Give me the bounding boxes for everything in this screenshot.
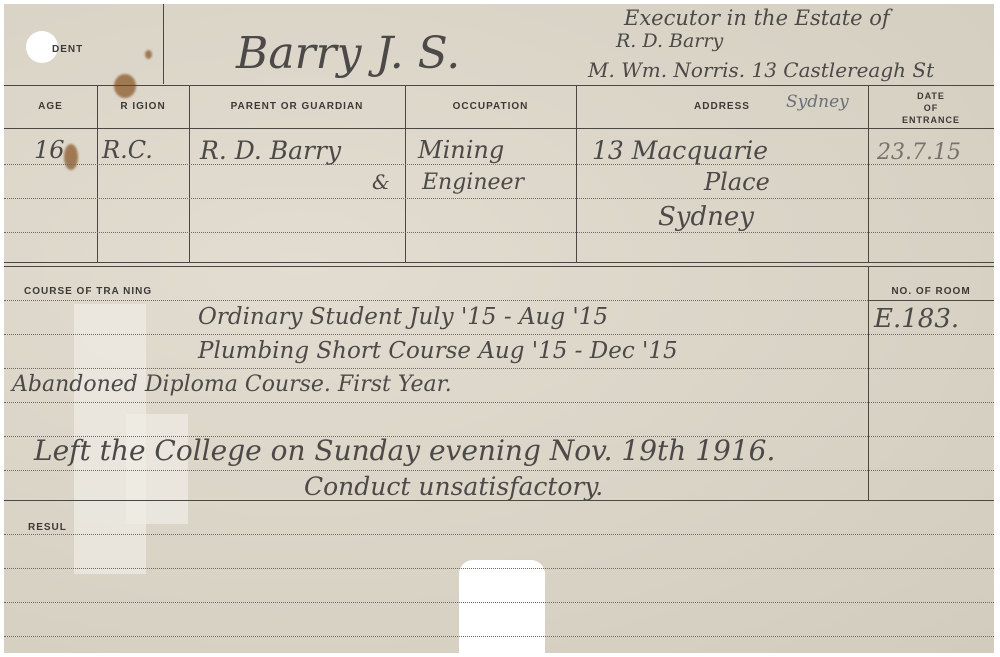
- column-date-of-entrance: Date of Entrance: [868, 90, 994, 126]
- course-of-training-label: COURSE OF TRA NING: [24, 286, 224, 298]
- student-record-card: DENT Barry J. S. Executor in the Estate …: [4, 4, 994, 653]
- course-line-2: Plumbing Short Course Aug '15 - Dec '15: [198, 338, 678, 364]
- annotation-sydney: Sydney: [786, 92, 849, 112]
- course-line-3: Abandoned Diploma Course. First Year.: [12, 372, 452, 397]
- student-name: Barry J. S.: [236, 28, 460, 79]
- column-religion: R IGION: [97, 101, 189, 113]
- record-occupation-1: Mining: [418, 136, 504, 164]
- results-label: RESUL: [28, 522, 108, 534]
- student-label: DENT: [52, 44, 112, 56]
- conduct-note: Conduct unsatisfactory.: [304, 472, 603, 501]
- annotation-rd-barry: R. D. Barry: [616, 30, 723, 52]
- departure-note: Left the College on Sunday evening Nov. …: [34, 434, 775, 467]
- annotation-norris-address: M. Wm. Norris. 13 Castlereagh St: [588, 58, 934, 82]
- rust-stain: [114, 74, 136, 98]
- record-address-3: Sydney: [658, 202, 754, 232]
- record-parent: R. D. Barry: [200, 136, 341, 165]
- room-number: E.183.: [874, 304, 959, 334]
- rust-stain: [145, 50, 152, 59]
- course-line-1: Ordinary Student July '15 - Aug '15: [198, 304, 608, 330]
- record-age: 16: [34, 136, 65, 164]
- record-religion: R.C.: [102, 136, 153, 164]
- room-number-label: No. of Room: [868, 286, 994, 298]
- record-address-1: 13 Macquarie: [592, 136, 768, 165]
- tape-residue: [126, 414, 188, 524]
- filing-slot: [459, 560, 545, 653]
- column-age: Age: [4, 101, 97, 113]
- record-occupation-2: Engineer: [422, 170, 524, 195]
- column-occupation: Occupation: [405, 101, 576, 113]
- record-parent-ampersand: &: [372, 170, 390, 194]
- column-parent-or-guardian: Parent or Guardian: [189, 101, 405, 113]
- annotation-executor: Executor in the Estate of: [624, 6, 890, 30]
- record-date-of-entrance: 23.7.15: [877, 140, 961, 165]
- record-address-2: Place: [704, 168, 770, 196]
- rust-stain: [64, 144, 78, 170]
